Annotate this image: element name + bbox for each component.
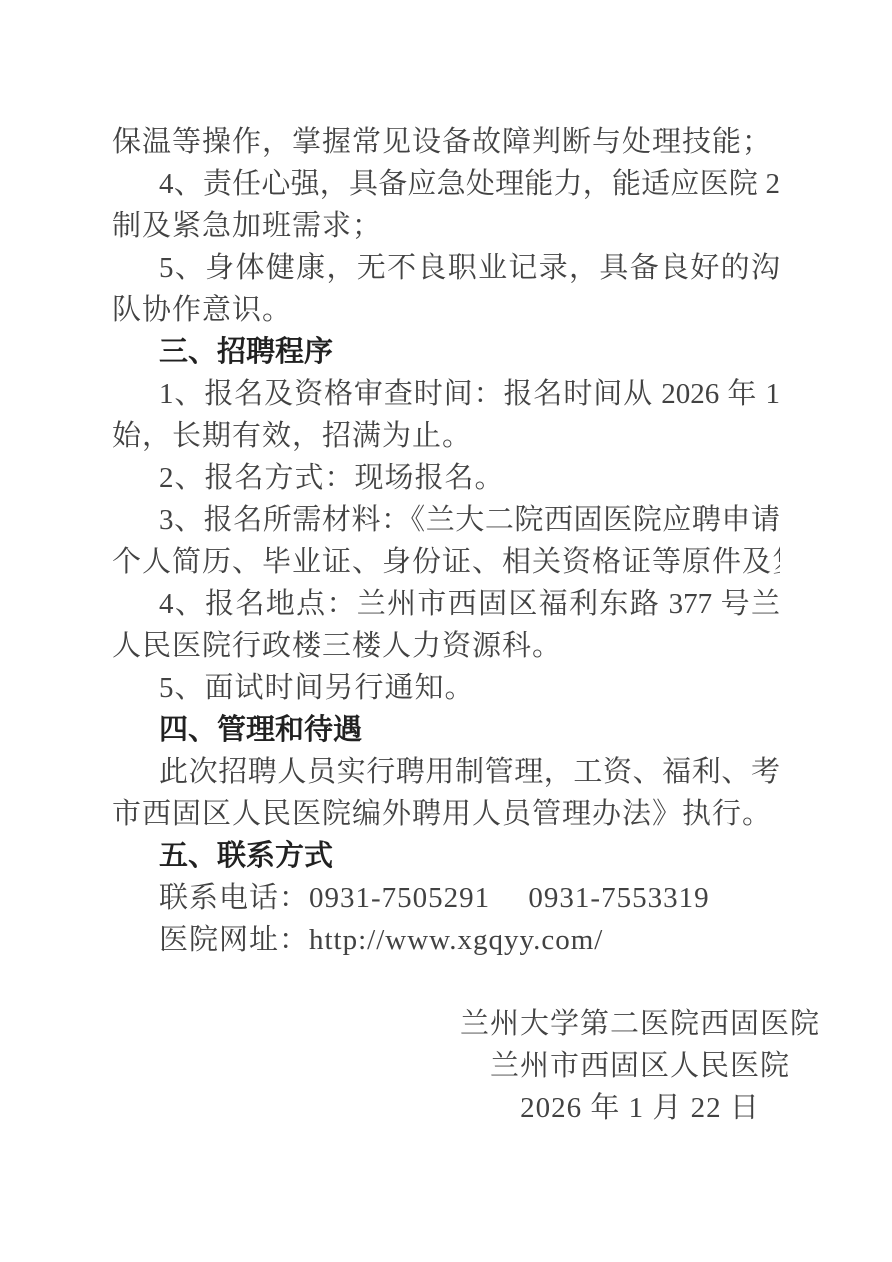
paragraph-line: 人民医院行政楼三楼人力资源科。 (112, 625, 780, 667)
signature-block: 兰州大学第二医院西固医院 兰州市西固区人民医院 2026 年 1 月 22 日 (450, 1003, 830, 1129)
section-heading-recruitment-procedure: 三、招聘程序 (112, 331, 780, 373)
section-heading-contact-info: 五、联系方式 (112, 835, 780, 877)
paragraph-line: 队协作意识。 (112, 289, 780, 331)
paragraph-line: 个人简历、毕业证、身份证、相关资格证等原件及复印件。 (112, 541, 780, 583)
signature-org-1: 兰州大学第二医院西固医院 (450, 1003, 830, 1045)
paragraph-line: 5、面试时间另行通知。 (112, 667, 780, 709)
paragraph-line: 2、报名方式：现场报名。 (112, 457, 780, 499)
document-body: 保温等操作，掌握常见设备故障判断与处理技能； 4、责任心强，具备应急处理能力，能… (112, 121, 780, 961)
paragraph-line: 4、报名地点：兰州市西固区福利东路 377 号兰州市西固区 (112, 583, 780, 625)
paragraph-line: 4、责任心强，具备应急处理能力，能适应医院 24 小时轮班 (112, 163, 780, 205)
paragraph-line: 此次招聘人员实行聘用制管理，工资、福利、考核按《兰州 (112, 751, 780, 793)
paragraph-line: 1、报名及资格审查时间：报名时间从 2026 年 1 月 22 日开 (112, 373, 780, 415)
contact-phone-line: 联系电话：0931-7505291 0931-7553319 (112, 877, 780, 919)
section-heading-management-and-benefits: 四、管理和待遇 (112, 709, 780, 751)
hospital-website-line: 医院网址：http://www.xgqyy.com/ (112, 919, 780, 961)
paragraph-line: 始，长期有效，招满为止。 (112, 415, 780, 457)
paragraph-line: 制及紧急加班需求； (112, 205, 780, 247)
document-page: 保温等操作，掌握常见设备故障判断与处理技能； 4、责任心强，具备应急处理能力，能… (0, 0, 892, 1262)
paragraph-line: 市西固区人民医院编外聘用人员管理办法》执行。 (112, 793, 780, 835)
paragraph-line: 5、身体健康，无不良职业记录，具备良好的沟通能力和团 (112, 247, 780, 289)
signature-date: 2026 年 1 月 22 日 (450, 1087, 830, 1129)
paragraph-line: 保温等操作，掌握常见设备故障判断与处理技能； (112, 121, 780, 163)
paragraph-line: 3、报名所需材料：《兰大二院西固医院应聘申请表》(附件)、 (112, 499, 780, 541)
signature-org-2: 兰州市西固区人民医院 (450, 1045, 830, 1087)
